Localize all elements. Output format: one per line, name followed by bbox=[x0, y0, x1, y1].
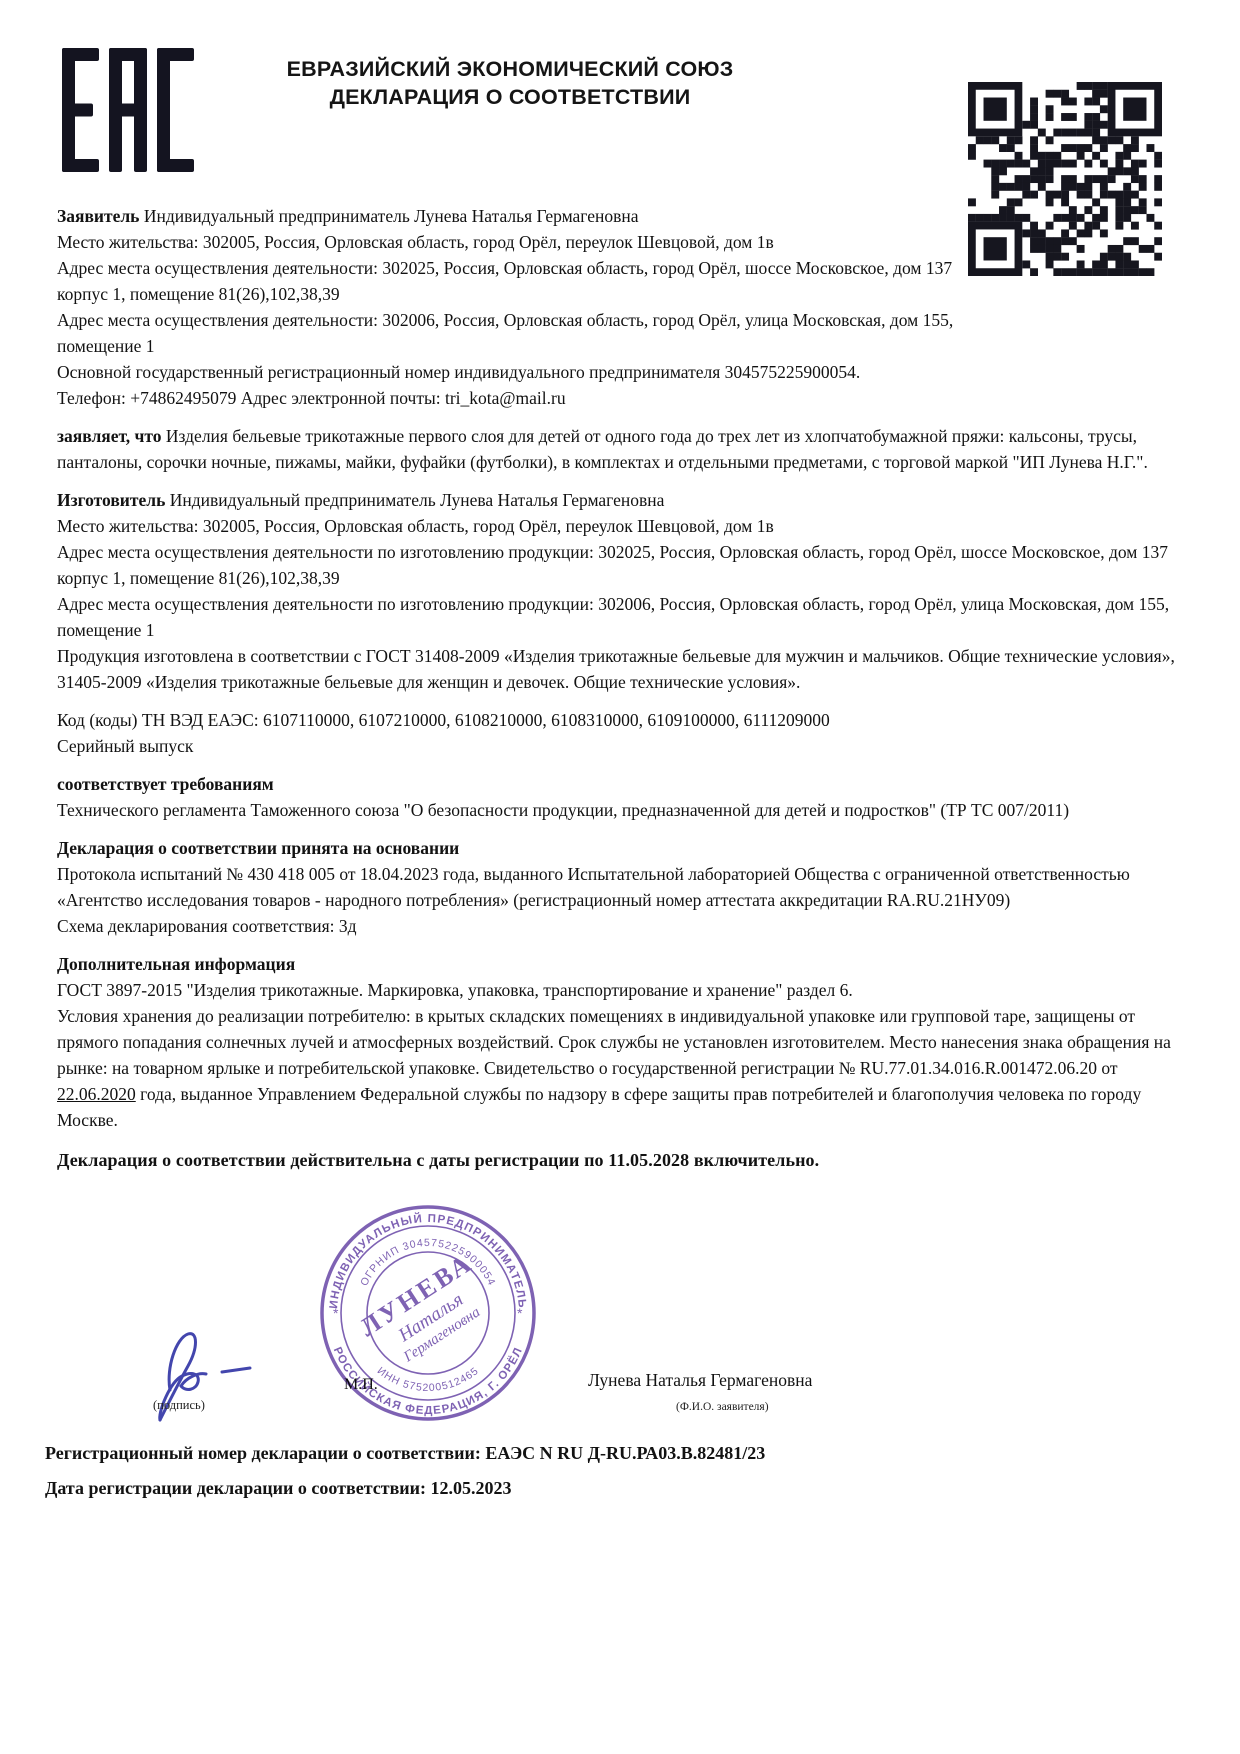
stamp-separator-right: * bbox=[517, 1305, 523, 1321]
additional-info-label: Дополнительная информация bbox=[57, 951, 1190, 977]
manufacturer-name: Индивидуальный предприниматель Лунева На… bbox=[170, 490, 665, 510]
stamp-inner-bottom-text: ИНН 575200512465 bbox=[375, 1365, 481, 1394]
basis-scheme: Схема декларирования соответствия: 3д bbox=[57, 913, 1190, 939]
registration-date-line: Дата регистрации декларации о соответств… bbox=[45, 1478, 512, 1499]
document-body: Заявитель Индивидуальный предприниматель… bbox=[57, 203, 1190, 1191]
applicant-activity-address-1: Адрес места осуществления деятельности: … bbox=[57, 255, 962, 307]
basis-label: Декларация о соответствии принята на осн… bbox=[57, 835, 1190, 861]
declares-section: заявляет, что Изделия бельевые трикотажн… bbox=[57, 423, 1190, 475]
manufacturer-line: Изготовитель Индивидуальный предпринимат… bbox=[57, 487, 1190, 513]
compliance-section: соответствует требованиям Технического р… bbox=[57, 771, 1190, 823]
eac-mark-shape bbox=[62, 48, 194, 172]
compliance-label: соответствует требованиям bbox=[57, 771, 1190, 797]
eac-mark-icon bbox=[62, 48, 194, 172]
stamp-outer-bottom-text: РОССИЙСКАЯ ФЕДЕРАЦИЯ, Г. ОРЁЛ bbox=[331, 1345, 525, 1417]
svg-text:РОССИЙСКАЯ ФЕДЕРАЦИЯ, Г. ОРЁЛ: РОССИЙСКАЯ ФЕДЕРАЦИЯ, Г. ОРЁЛ bbox=[331, 1345, 525, 1417]
issue-type: Серийный выпуск bbox=[57, 733, 1190, 759]
applicant-ogrn: Основной государственный регистрационный… bbox=[57, 359, 962, 385]
declares-label: заявляет, что bbox=[57, 426, 162, 446]
title-union: ЕВРАЗИЙСКИЙ ЭКОНОМИЧЕСКИЙ СОЮЗ bbox=[200, 55, 820, 83]
manufacturer-section: Изготовитель Индивидуальный предпринимат… bbox=[57, 487, 1190, 695]
applicant-activity-address-2: Адрес места осуществления деятельности: … bbox=[57, 307, 962, 359]
applicant-line: Заявитель Индивидуальный предприниматель… bbox=[57, 203, 962, 229]
additional-text-after-date: года, выданное Управлением Федеральной с… bbox=[57, 1084, 1141, 1130]
declaration-document: ЕВРАЗИЙСКИЙ ЭКОНОМИЧЕСКИЙ СОЮЗ ДЕКЛАРАЦИ… bbox=[0, 0, 1240, 1754]
applicant-fio: Лунева Наталья Гермагеновна bbox=[588, 1370, 812, 1391]
manufacturer-production-address-1: Адрес места осуществления деятельности п… bbox=[57, 539, 1190, 591]
validity-statement: Декларация о соответствии действительна … bbox=[57, 1147, 1190, 1173]
document-title: ЕВРАЗИЙСКИЙ ЭКОНОМИЧЕСКИЙ СОЮЗ ДЕКЛАРАЦИ… bbox=[200, 55, 820, 111]
applicant-contacts: Телефон: +74862495079 Адрес электронной … bbox=[57, 385, 962, 411]
basis-protocol: Протокола испытаний № 430 418 005 от 18.… bbox=[57, 861, 1190, 913]
codes-section: Код (коды) ТН ВЭД ЕАЭС: 6107110000, 6107… bbox=[57, 707, 1190, 759]
applicant-name: Индивидуальный предприниматель Лунева На… bbox=[144, 206, 639, 226]
tnved-codes: Код (коды) ТН ВЭД ЕАЭС: 6107110000, 6107… bbox=[57, 707, 1190, 733]
manufacturer-residence: Место жительства: 302005, Россия, Орловс… bbox=[57, 513, 1190, 539]
additional-gost-line: ГОСТ 3897-2015 "Изделия трикотажные. Мар… bbox=[57, 977, 1190, 1003]
applicant-section: Заявитель Индивидуальный предприниматель… bbox=[57, 203, 962, 411]
signature-icon bbox=[118, 1320, 318, 1430]
manufacturer-production-address-2: Адрес места осуществления деятельности п… bbox=[57, 591, 1190, 643]
signature-caption: (подпись) bbox=[153, 1398, 205, 1413]
applicant-label: Заявитель bbox=[57, 206, 139, 226]
manufacturer-gost: Продукция изготовлена в соответствии с Г… bbox=[57, 643, 1190, 695]
fio-caption: (Ф.И.О. заявителя) bbox=[676, 1401, 769, 1413]
manufacturer-label: Изготовитель bbox=[57, 490, 165, 510]
registration-certificate-date: 22.06.2020 bbox=[57, 1084, 136, 1104]
company-stamp-icon: ИНДИВИДУАЛЬНЫЙ ПРЕДПРИНИМАТЕЛЬ РОССИЙСКА… bbox=[315, 1200, 541, 1426]
declares-text-line: заявляет, что Изделия бельевые трикотажн… bbox=[57, 423, 1190, 475]
declares-text: Изделия бельевые трикотажные первого сло… bbox=[57, 426, 1148, 472]
additional-storage-text: Условия хранения до реализации потребите… bbox=[57, 1003, 1190, 1133]
compliance-text: Технического регламента Таможенного союз… bbox=[57, 797, 1190, 823]
basis-section: Декларация о соответствии принята на осн… bbox=[57, 835, 1190, 939]
title-declaration: ДЕКЛАРАЦИЯ О СООТВЕТСТВИИ bbox=[200, 83, 820, 111]
registration-number-line: Регистрационный номер декларации о соотв… bbox=[45, 1443, 765, 1464]
stamp-separator-left: * bbox=[333, 1305, 339, 1321]
additional-text-before-date: Условия хранения до реализации потребите… bbox=[57, 1006, 1171, 1078]
additional-info-section: Дополнительная информация ГОСТ 3897-2015… bbox=[57, 951, 1190, 1133]
svg-text:ИНН 575200512465: ИНН 575200512465 bbox=[375, 1365, 481, 1394]
applicant-residence: Место жительства: 302005, Россия, Орловс… bbox=[57, 229, 962, 255]
